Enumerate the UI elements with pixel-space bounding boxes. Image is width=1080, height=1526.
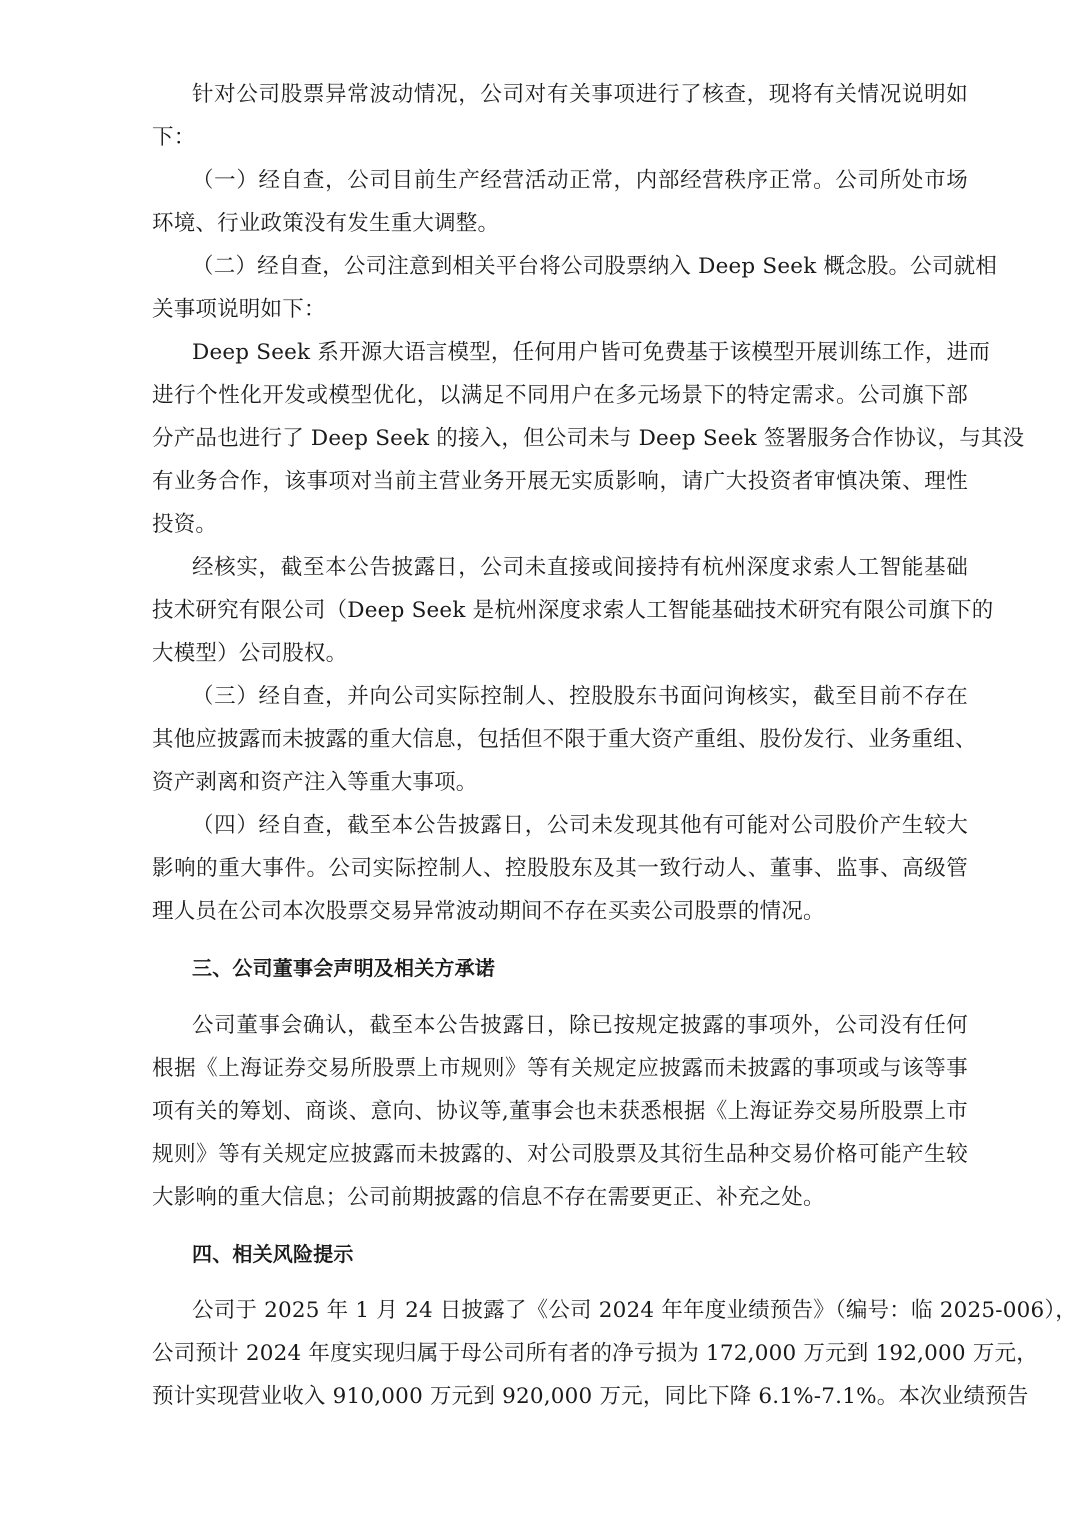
paragraph-verify-line: 技术研究有限公司（Deep Seek 是杭州深度求索人工智能基础技术研究有限公司… [152, 596, 968, 626]
paragraph-item1-line: 环境、行业政策没有发生重大调整。 [152, 209, 968, 239]
paragraph-item4-line: （四）经自查，截至本公告披露日，公司未发现其他有可能对公司股价产生较大 [192, 811, 968, 841]
paragraph-board-line: 规则》等有关规定应披露而未披露的、对公司股票及其衍生品种交易价格可能产生较 [152, 1140, 968, 1170]
paragraph-verify-line: 经核实，截至本公告披露日，公司未直接或间接持有杭州深度求索人工智能基础 [192, 553, 968, 583]
document-page: 针对公司股票异常波动情况，公司对有关事项进行了核查，现将有关情况说明如 下： （… [0, 0, 1080, 1526]
paragraph-item2-line: 关事项说明如下： [152, 295, 968, 325]
paragraph-risk-line: 公司预计 2024 年度实现归属于母公司所有者的净亏损为 172,000 万元到… [152, 1339, 968, 1369]
paragraph-item2-line: （二）经自查，公司注意到相关平台将公司股票纳入 Deep Seek 概念股。公司… [192, 252, 968, 282]
paragraph-intro-line: 针对公司股票异常波动情况，公司对有关事项进行了核查，现将有关情况说明如 [192, 80, 968, 110]
paragraph-verify-line: 大模型）公司股权。 [152, 639, 968, 669]
paragraph-board-line: 项有关的筹划、商谈、意向、协议等,董事会也未获悉根据《上海证券交易所股票上市 [152, 1097, 968, 1127]
paragraph-board-line: 大影响的重大信息；公司前期披露的信息不存在需要更正、补充之处。 [152, 1183, 968, 1213]
paragraph-risk-line: 预计实现营业收入 910,000 万元到 920,000 万元，同比下降 6.1… [152, 1382, 968, 1412]
paragraph-item1-line: （一）经自查，公司目前生产经营活动正常，内部经营秩序正常。公司所处市场 [192, 166, 968, 196]
paragraph-intro-line: 下： [152, 123, 968, 153]
paragraph-board-line: 根据《上海证券交易所股票上市规则》等有关规定应披露而未披露的事项或与该等事 [152, 1054, 968, 1084]
paragraph-item3-line: （三）经自查，并向公司实际控制人、控股股东书面问询核实，截至目前不存在 [192, 682, 968, 712]
paragraph-board-line: 公司董事会确认，截至本公告披露日，除已按规定披露的事项外，公司没有任何 [192, 1011, 968, 1041]
paragraph-deepseek-line: 分产品也进行了 Deep Seek 的接入，但公司未与 Deep Seek 签署… [152, 424, 968, 454]
paragraph-item4-line: 理人员在公司本次股票交易异常波动期间不存在买卖公司股票的情况。 [152, 897, 968, 927]
paragraph-deepseek-line: 进行个性化开发或模型优化，以满足不同用户在多元场景下的特定需求。公司旗下部 [152, 381, 968, 411]
section-heading-4: 四、相关风险提示 [192, 1239, 968, 1269]
paragraph-deepseek-line: 有业务合作，该事项对当前主营业务开展无实质影响，请广大投资者审慎决策、理性 [152, 467, 968, 497]
paragraph-risk-line: 公司于 2025 年 1 月 24 日披露了《公司 2024 年年度业绩预告》（… [192, 1296, 968, 1326]
paragraph-deepseek-line: 投资。 [152, 510, 968, 540]
section-heading-3: 三、公司董事会声明及相关方承诺 [192, 953, 968, 983]
paragraph-item3-line: 其他应披露而未披露的重大信息，包括但不限于重大资产重组、股份发行、业务重组、 [152, 725, 968, 755]
paragraph-item4-line: 影响的重大事件。公司实际控制人、控股股东及其一致行动人、董事、监事、高级管 [152, 854, 968, 884]
paragraph-deepseek-line: Deep Seek 系开源大语言模型，任何用户皆可免费基于该模型开展训练工作，进… [192, 338, 968, 368]
paragraph-item3-line: 资产剥离和资产注入等重大事项。 [152, 768, 968, 798]
